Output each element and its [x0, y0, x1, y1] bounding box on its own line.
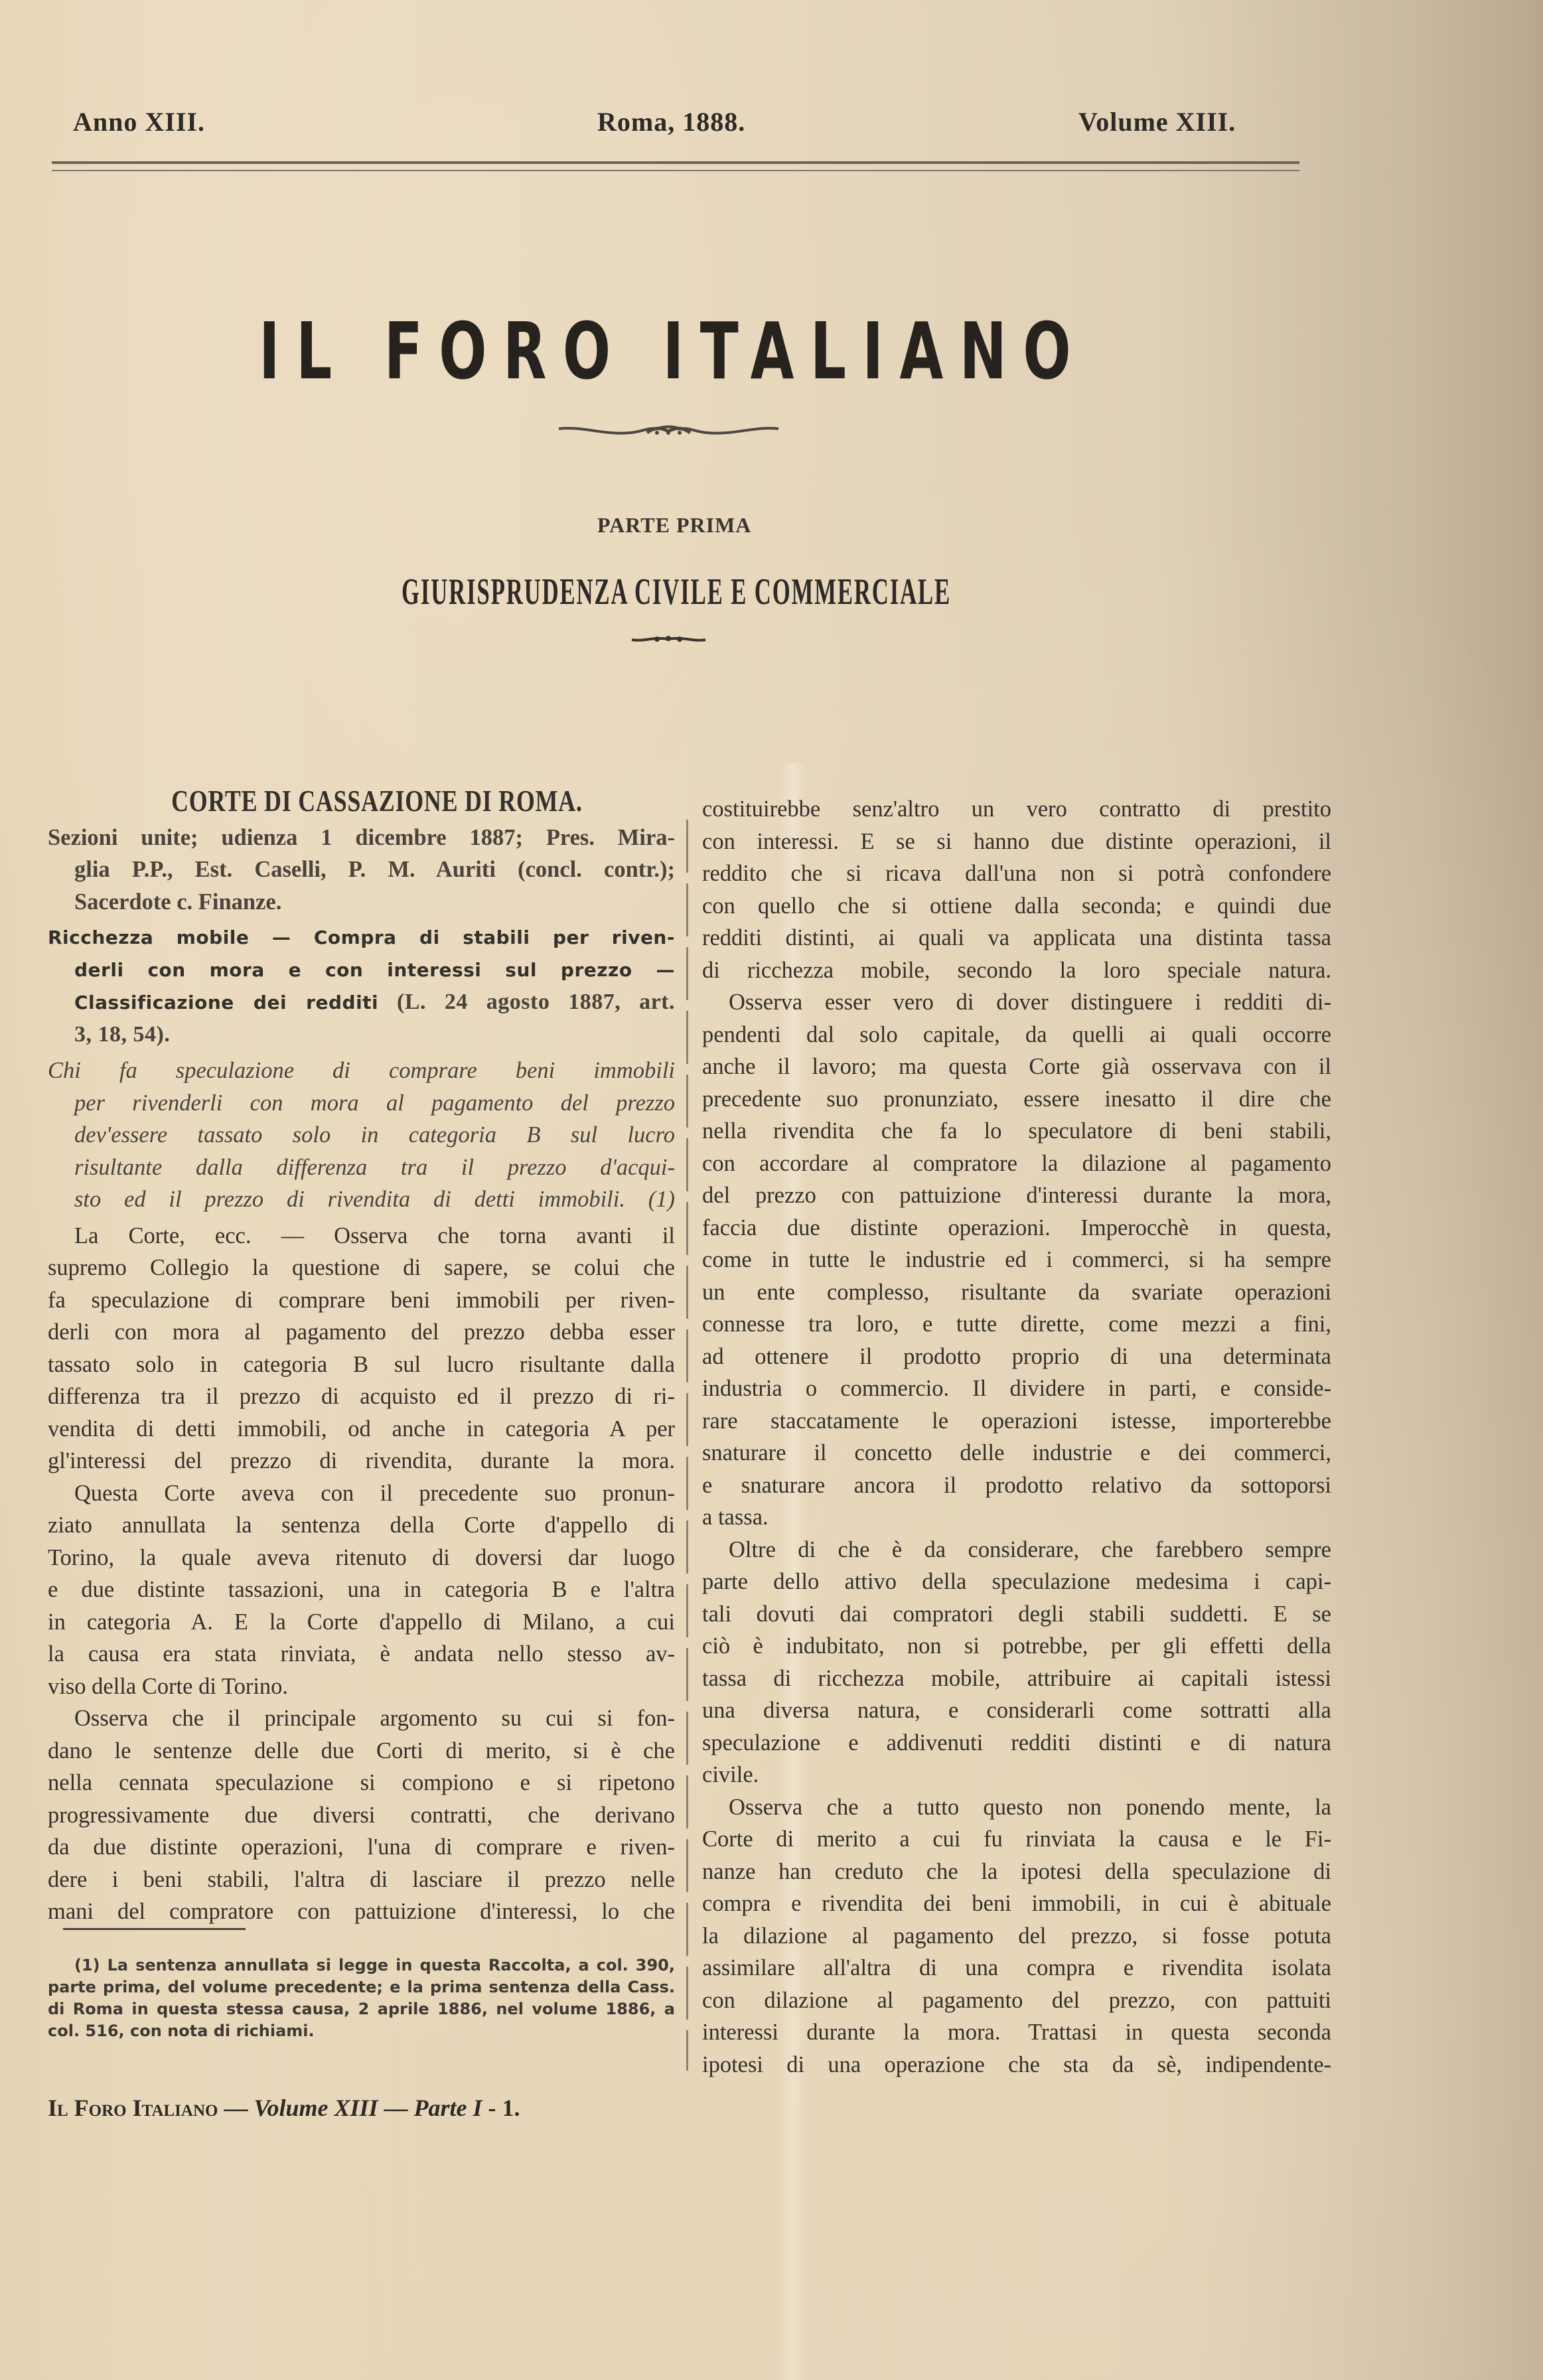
body-line: dere i beni stabili, l'altra di lasciare… [48, 1864, 675, 1896]
holding-summary: Chi fa speculazione di comprare beni imm… [48, 1055, 675, 1216]
body-line: ad ottenere il prodotto proprio di una d… [702, 1341, 1331, 1373]
body-line: da due distinte operazioni, l'una di com… [48, 1831, 675, 1864]
scanned-page: Anno XIII. Roma, 1888. Volume XIII. IL F… [0, 0, 1543, 2380]
body-line: differenza tra il prezzo di acquisto ed … [48, 1380, 675, 1413]
court-heading: CORTE DI CASSAZIONE DI ROMA. [117, 785, 606, 818]
body-line: Osserva che a tutto questo non ponendo m… [702, 1791, 1331, 1824]
body-line: vendita di detti immobili, od anche in c… [48, 1413, 675, 1446]
footer-separator: — [218, 2095, 254, 2121]
body-line: in categoria A. E la Corte d'appello di … [48, 1606, 675, 1639]
footnote: (1) La sentenza annullata si legge in qu… [48, 1955, 675, 2042]
body-line: tassato solo in categoria B sul lucro ri… [48, 1349, 675, 1381]
small-ornament-icon [630, 634, 707, 644]
body-paragraph: Osserva esser vero di dover distinguere … [702, 986, 1331, 1534]
left-column: CORTE DI CASSAZIONE DI ROMA. Sezioni uni… [48, 785, 675, 1928]
statute-reference: (L. 24 agosto 1887, art. [378, 990, 675, 1014]
headnote-line: Classificazione dei redditi (L. 24 agost… [48, 986, 675, 1019]
body-line: fa speculazione di comprare beni immobil… [48, 1284, 675, 1317]
body-paragraph: Osserva che a tutto questo non ponendo m… [702, 1791, 1331, 2081]
body-line: compra e rivendita dei beni immobili, in… [702, 1888, 1331, 1920]
case-meta-line: Sezioni unite; udienza 1 dicembre 1887; … [48, 822, 675, 854]
body-line: mani del compratore con pattuizione d'in… [48, 1896, 675, 1928]
case-metadata: Sezioni unite; udienza 1 dicembre 1887; … [48, 822, 675, 919]
body-line: connesse tra loro, e tutte dirette, come… [702, 1308, 1331, 1341]
case-meta-line: glia P.P., Est. Caselli, P. M. Auriti (c… [48, 854, 675, 886]
body-line: snaturare il concetto delle industrie e … [702, 1437, 1331, 1469]
footnote-line: (1) La sentenza annullata si legge in qu… [48, 1955, 675, 1976]
section-title: GIURISPRUDENZA CIVILE E COMMERCIALE [402, 571, 951, 613]
headnote-text: Classificazione dei redditi [74, 992, 378, 1013]
body-line: assimilare all'altra di una compra e riv… [702, 1952, 1331, 1984]
body-paragraph: Oltre di che è da considerare, che fareb… [702, 1534, 1331, 1791]
body-line: faccia due distinte operazioni. Imperocc… [702, 1212, 1331, 1244]
header-double-rule [52, 161, 1299, 171]
body-line: ipotesi di una operazione che sta da sè,… [702, 2049, 1331, 2081]
body-line: derli con mora al pagamento del prezzo d… [48, 1316, 675, 1349]
body-line: viso della Corte di Torino. [48, 1671, 675, 1703]
body-line: tali dovuti dai compratori degli stabili… [702, 1598, 1331, 1631]
footer-part: Parte I [414, 2095, 482, 2121]
body-line: di ricchezza mobile, secondo la loro spe… [702, 954, 1331, 987]
statute-reference-end: 3, 18, 54). [48, 1019, 675, 1051]
body-line: Corte di merito a cui fu rinviata la cau… [702, 1823, 1331, 1856]
holding-line: dev'essere tassato solo in categoria B s… [48, 1119, 675, 1152]
body-line: ziato annullata la sentenza della Corte … [48, 1509, 675, 1542]
body-line: un ente complesso, risultante da svariat… [702, 1276, 1331, 1309]
body-line: La Corte, ecc. — Osserva che torna avant… [48, 1220, 675, 1252]
body-line: dano le sentenze delle due Corti di meri… [48, 1735, 675, 1767]
holding-line: Chi fa speculazione di comprare beni imm… [48, 1055, 675, 1087]
body-line: tassa di ricchezza mobile, attribuire ai… [702, 1663, 1331, 1695]
running-head-place-date: Roma, 1888. [597, 106, 745, 137]
body-line: parte dello attivo della speculazione me… [702, 1566, 1331, 1598]
body-line: Oltre di che è da considerare, che fareb… [702, 1534, 1331, 1566]
body-line: una diversa natura, e considerarli come … [702, 1694, 1331, 1727]
body-line: Torino, la quale aveva ritenuto di dover… [48, 1542, 675, 1574]
body-line: nella rivendita che fa lo speculatore di… [702, 1115, 1331, 1148]
body-line: Osserva che il principale argomento su c… [48, 1702, 675, 1735]
footer-page-number: - 1. [482, 2095, 520, 2121]
holding-line: sto ed il prezzo di rivendita di detti i… [48, 1183, 675, 1216]
footnote-line: di Roma in questa stessa causa, 2 aprile… [48, 1998, 675, 2020]
body-line: con dilazione al pagamento del prezzo, c… [702, 1984, 1331, 2017]
body-paragraph: Osserva che il principale argomento su c… [48, 1702, 675, 1928]
body-paragraph: La Corte, ecc. — Osserva che torna avant… [48, 1220, 675, 1477]
journal-title: IL FORO ITALIANO [259, 305, 1087, 397]
body-paragraph: costituirebbe senz'altro un vero contrat… [702, 793, 1331, 986]
headnote-line: Ricchezza mobile — Compra di stabili per… [48, 922, 675, 954]
body-paragraph: Questa Corte aveva con il precedente suo… [48, 1477, 675, 1703]
body-line: redditi distinti, ai quali va applicata … [702, 922, 1331, 954]
running-head-year: Anno XIII. [73, 106, 205, 137]
body-line: nella cennata speculazione si compiono e… [48, 1767, 675, 1799]
case-meta-line: Sacerdote c. Finanze. [48, 886, 675, 919]
holding-line: risultante dalla differenza tra il prezz… [48, 1152, 675, 1184]
body-line: la dilazione al pagamento del prezzo, si… [702, 1920, 1331, 1953]
body-line: con quello che si ottiene dalla seconda;… [702, 890, 1331, 923]
body-line: la causa era stata rinviata, è andata ne… [48, 1638, 675, 1671]
right-column: costituirebbe senz'altro un vero contrat… [702, 793, 1331, 2081]
body-line: supremo Collegio la questione di sapere,… [48, 1252, 675, 1284]
body-line: precedente suo pronunziato, essere inesa… [702, 1083, 1331, 1116]
flourish-ornament-icon [557, 423, 780, 439]
running-head: Anno XIII. Roma, 1888. Volume XIII. [73, 106, 1301, 146]
holding-line: per rivenderli con mora al pagamento del… [48, 1087, 675, 1120]
body-line: costituirebbe senz'altro un vero contrat… [702, 793, 1331, 826]
body-line: Questa Corte aveva con il precedente suo… [48, 1477, 675, 1510]
body-line: con accordare al compratore la dilazione… [702, 1148, 1331, 1180]
body-line: del prezzo con pattuizione d'interessi d… [702, 1179, 1331, 1212]
body-line: nanze han creduto che la ipotesi della s… [702, 1856, 1331, 1888]
footer-journal: Il Foro Italiano [48, 2095, 218, 2121]
footnote-line: col. 516, con nota di richiami. [48, 2020, 675, 2042]
page-footer: Il Foro Italiano — Volume XIII — Parte I… [48, 2094, 520, 2122]
headnote-line: derli con mora e con interessi sul prezz… [48, 954, 675, 987]
footnote-rule [63, 1928, 246, 1930]
body-line: e snaturare ancora il prodotto relativo … [702, 1469, 1331, 1502]
body-line: industria o commercio. Il dividere in pa… [702, 1373, 1331, 1405]
footnote-line: parte prima, del volume precedente; e la… [48, 1976, 675, 1998]
body-line: progressivamente due diversi contratti, … [48, 1799, 675, 1832]
body-line: anche il lavoro; ma questa Corte già oss… [702, 1051, 1331, 1083]
body-line: civile. [702, 1759, 1331, 1791]
body-line: rare staccatamente le operazioni istesse… [702, 1405, 1331, 1438]
footer-volume: Volume XIII [254, 2095, 378, 2121]
body-line: a tassa. [702, 1501, 1331, 1534]
body-line: come in tutte le industrie ed i commerci… [702, 1244, 1331, 1276]
part-label: PARTE PRIMA [597, 513, 751, 538]
body-line: gl'interessi del prezzo di rivendita, du… [48, 1445, 675, 1477]
body-line: ciò è indubitato, non si potrebbe, per g… [702, 1630, 1331, 1663]
subject-headnote: Ricchezza mobile — Compra di stabili per… [48, 922, 675, 1051]
footer-separator: — [378, 2095, 414, 2121]
body-line: interessi durante la mora. Trattasi in q… [702, 2016, 1331, 2049]
body-line: speculazione e addivenuti redditi distin… [702, 1727, 1331, 1759]
body-line: pendenti dal solo capitale, da quelli ai… [702, 1019, 1331, 1051]
column-divider [686, 820, 688, 2071]
body-line: e due distinte tassazioni, una in catego… [48, 1574, 675, 1606]
body-line: Osserva esser vero di dover distinguere … [702, 986, 1331, 1019]
body-line: reddito che si ricava dall'una non si po… [702, 857, 1331, 890]
body-line: con interessi. E se si hanno due distint… [702, 826, 1331, 858]
running-head-volume: Volume XIII. [1078, 106, 1236, 137]
